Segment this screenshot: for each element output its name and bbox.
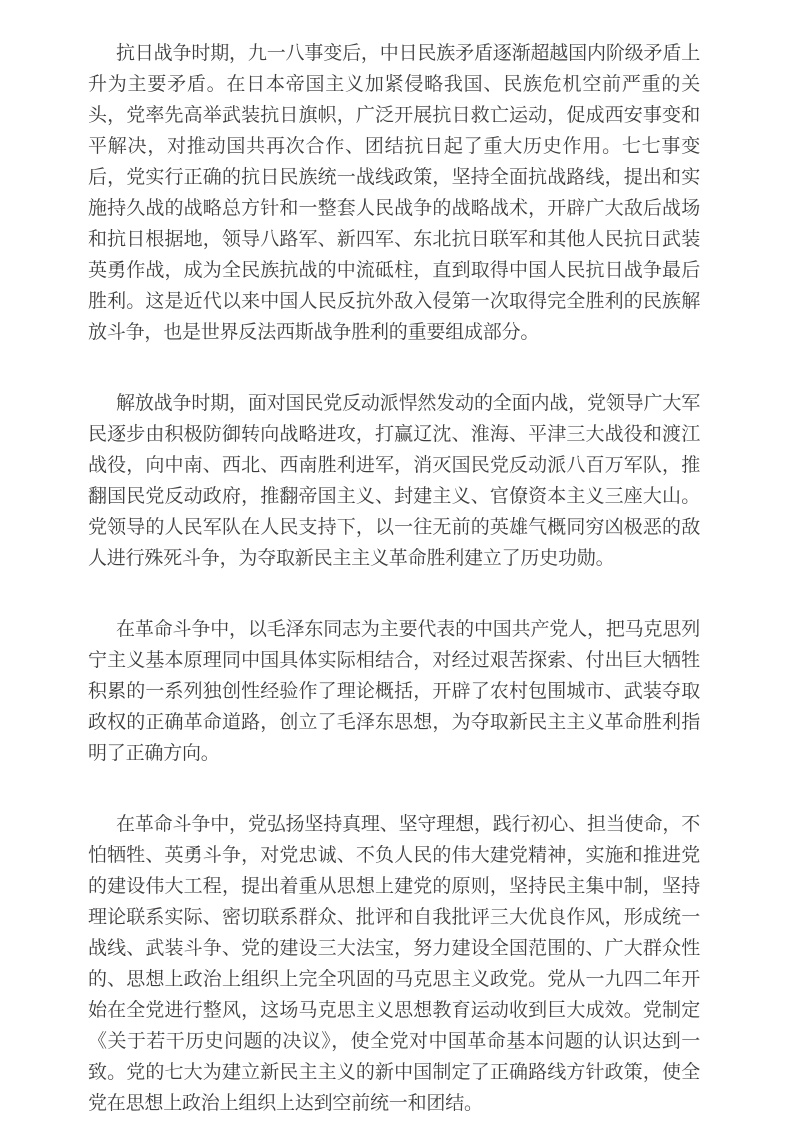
paragraph-party-building-spirit: 在革命斗争中，党弘扬坚持真理、坚守理想，践行初心、担当使命，不怕牺牲、英勇斗争，… — [88, 809, 700, 1119]
paragraph-war-of-resistance: 抗日战争时期，九一八事变后，中日民族矛盾逐渐超越国内阶级矛盾上升为主要矛盾。在日… — [88, 38, 700, 348]
paragraph-liberation-war: 解放战争时期，面对国民党反动派悍然发动的全面内战，党领导广大军民逐步由积极防御转… — [88, 388, 700, 574]
paragraph-mao-zedong-thought: 在革命斗争中，以毛泽东同志为主要代表的中国共产党人，把马克思列宁主义基本原理同中… — [88, 614, 700, 769]
document-page: 抗日战争时期，九一八事变后，中日民族矛盾逐渐超越国内阶级矛盾上升为主要矛盾。在日… — [0, 0, 793, 1122]
